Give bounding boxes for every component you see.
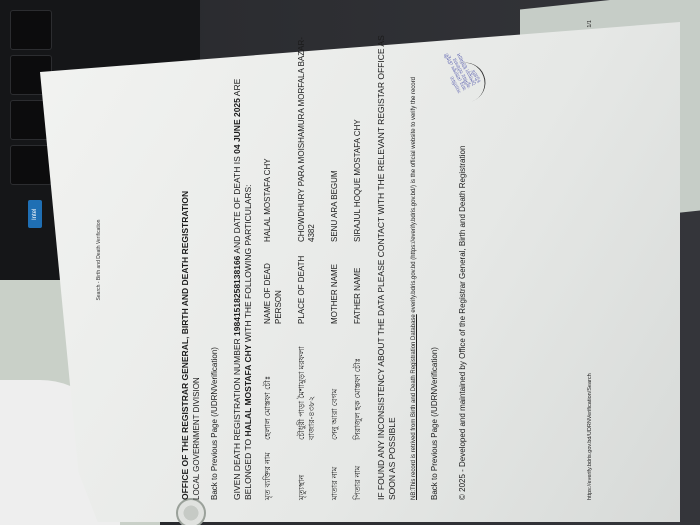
particular-bn-label: মৃত্যুস্থান — [297, 440, 331, 500]
particular-en-label: PLACE OF DEATH — [297, 242, 331, 324]
particular-en-value: HALAL MOSTAFA CHY — [263, 20, 297, 242]
database-link[interactable]: NB:This record is retrived from Birth an… — [411, 314, 417, 500]
particular-bn-value: সেনু আরা বেগম — [330, 324, 353, 440]
page-content: Search - Birth and Death Verification OF… — [98, 20, 538, 500]
back-to-previous-link[interactable]: Back to Previous Page (/UDRNVerification… — [210, 347, 221, 500]
particular-en-label: NAME OF DEAD PERSON — [263, 242, 297, 324]
particular-bn-value: সিরাজুল হক মোস্তফা চৌঃ — [353, 324, 376, 440]
deceased-name: HALAL MOSTAFA CHY — [243, 345, 253, 437]
office-title: OFFICE OF THE REGISTRAR GENERAL, BIRTH A… — [180, 191, 191, 500]
keyboard-key — [10, 10, 52, 50]
print-url: https://everify.bdris.gov.bd/UDRNVerific… — [587, 373, 594, 500]
particular-bn-label: মৃত ব্যক্তির নাম — [263, 440, 297, 500]
division-title: LOCAL GOVERNMENT DIVISION — [192, 377, 203, 500]
intel-sticker: Intel — [28, 200, 42, 228]
particular-en-label: FATHER NAME — [353, 242, 376, 324]
date-of-death: 04 JUNE 2025 — [232, 98, 242, 154]
particulars-table: মৃত ব্যক্তির নামহেলাল মোস্তফা চৌঃNAME OF… — [263, 20, 376, 500]
registration-number: 19841518258138166 — [232, 256, 242, 336]
page-number: 1/1 — [587, 20, 594, 28]
record-note: NB:This record is retrived from Birth an… — [410, 30, 418, 500]
table-row: পিতার নামসিরাজুল হক মোস্তফা চৌঃFATHER NA… — [353, 20, 376, 500]
particular-bn-value: চৌধুরী পাড়া মৈশামুড়া মরফলা বাজার-৪৩৮২ — [297, 324, 331, 440]
table-row: মৃত ব্যক্তির নামহেলাল মোস্তফা চৌঃNAME OF… — [263, 20, 297, 500]
inconsistency-warning: IF FOUND ANY INCONSISTENCY ABOUT THE DAT… — [376, 30, 399, 500]
particular-en-value: SENU ARA BEGUM — [330, 20, 353, 242]
government-seal-icon — [176, 498, 206, 525]
particular-en-value: SIRAJUL HOQUE MOSTAFA CHY — [353, 20, 376, 242]
table-row: মৃত্যুস্থানচৌধুরী পাড়া মৈশামুড়া মরফলা … — [297, 20, 331, 500]
particular-bn-label: পিতার নাম — [353, 440, 376, 500]
registration-statement: GIVEN DEATH REGISTRATION NUMBER 19841518… — [232, 30, 255, 500]
particular-bn-value: হেলাল মোস্তফা চৌঃ — [263, 324, 297, 440]
keyboard-key — [10, 145, 52, 185]
particular-bn-label: মাতার নাম — [330, 440, 353, 500]
table-row: মাতার নামসেনু আরা বেগমMOTHER NAMESENU AR… — [330, 20, 353, 500]
particular-en-value: CHOWDHURY PARA MOISHAMURA MORFALA BAZAR-… — [297, 20, 331, 242]
back-to-previous-link-2[interactable]: Back to Previous Page (/UDRNVerification… — [430, 347, 441, 500]
particular-en-label: MOTHER NAME — [330, 242, 353, 324]
footer-copyright: © 2025 - Developed and maintained by Off… — [458, 146, 469, 500]
browser-print-title: Search - Birth and Death Verification — [96, 20, 103, 500]
